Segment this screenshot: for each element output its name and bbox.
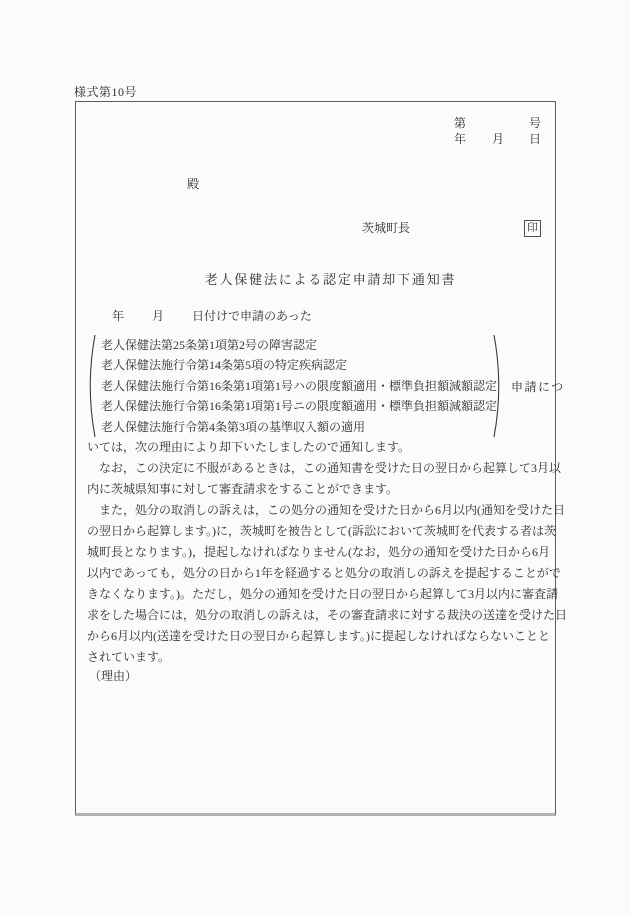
body-text-line: されています。 bbox=[87, 647, 567, 668]
body-text-line: から6月以内(送達を受けた日の翌日から起算します。)に提起しなければならないこと… bbox=[87, 626, 567, 647]
right-bracket-icon bbox=[493, 333, 506, 439]
issue-date-month-label: 月 bbox=[492, 131, 504, 147]
doc-number-suffix: 号 bbox=[529, 115, 541, 131]
certification-item: 老人保健法施行令第14条第5項の特定疾病認定 bbox=[101, 355, 493, 375]
bracket-suffix-text: 申請につ bbox=[511, 378, 565, 395]
certification-list: 老人保健法第25条第1項第2号の障害認定老人保健法施行令第14条第5項の特定疾病… bbox=[96, 335, 493, 437]
body-text-line: また，処分の取消しの訴えは，この処分の通知を受けた日から6月以内(通知を受けた日 bbox=[87, 500, 567, 521]
body-text-line: 内に茨城県知事に対して審査請求をすることができます。 bbox=[87, 479, 567, 500]
certification-item: 老人保健法施行令第16条第1項第1号ニの限度額適用・標準負担額減額認定 bbox=[101, 396, 493, 416]
seal-mark: 印 bbox=[524, 220, 541, 237]
addressee-honorific: 殿 bbox=[187, 176, 199, 192]
certification-item: 老人保健法施行令第16条第1項第1号ハの限度額適用・標準負担額減額認定 bbox=[101, 376, 493, 396]
certification-item: 老人保健法施行令第4条第3項の基準収入額の適用 bbox=[101, 417, 493, 437]
certification-item: 老人保健法第25条第1項第2号の障害認定 bbox=[101, 335, 493, 355]
document-frame: 第 号 年 月 日 殿 茨城町長 印 老人保健法による認定申請却下通知書 年 月… bbox=[75, 101, 556, 816]
body-text-line: きなくなります。)。ただし，処分の通知を受けた日の翌日から起算して3月以内に審査… bbox=[87, 584, 567, 605]
document-page: 様式第10号 第 号 年 月 日 殿 茨城町長 印 老人保健法による認定申請却下… bbox=[0, 0, 630, 915]
application-date-text: 日付けで申請のあった bbox=[192, 308, 312, 324]
body-text: いては，次の理由により却下いたしましたので通知します。 なお，この決定に不服があ… bbox=[87, 437, 567, 668]
certification-bracket-group: 老人保健法第25条第1項第2号の障害認定老人保健法施行令第14条第5項の特定疾病… bbox=[83, 332, 565, 440]
body-text-line: 求をした場合には，処分の取消しの訴えは，その審査請求に対する裁決の送達を受けた日 bbox=[87, 605, 567, 626]
document-title: 老人保健法による認定申請却下通知書 bbox=[76, 271, 555, 289]
form-number-label: 様式第10号 bbox=[74, 84, 137, 100]
reason-label: （理由） bbox=[89, 666, 137, 687]
issue-date-day-label: 日 bbox=[529, 131, 541, 147]
application-date-month-label: 月 bbox=[152, 308, 164, 324]
body-text-line: いては，次の理由により却下いたしましたので通知します。 bbox=[87, 437, 567, 458]
left-bracket-icon bbox=[83, 333, 96, 439]
application-date-year-label: 年 bbox=[112, 308, 124, 324]
body-text-line: の翌日から起算します。)に，茨城町を被告として(訴訟において茨城町を代表する者は… bbox=[87, 521, 567, 542]
body-text-line: 城町長となります。)，提起しなければなりません(なお，処分の通知を受けた日から6… bbox=[87, 542, 567, 563]
body-text-line: 以内であっても，処分の日から1年を経過すると処分の取消しの訴えを提起することがで bbox=[87, 563, 567, 584]
issue-date-year-label: 年 bbox=[454, 131, 466, 147]
doc-number-prefix: 第 bbox=[454, 115, 466, 131]
body-text-line: なお，この決定に不服があるときは，この通知書を受けた日の翌日から起算して3月以 bbox=[87, 458, 567, 479]
sender-name: 茨城町長 bbox=[362, 220, 410, 236]
